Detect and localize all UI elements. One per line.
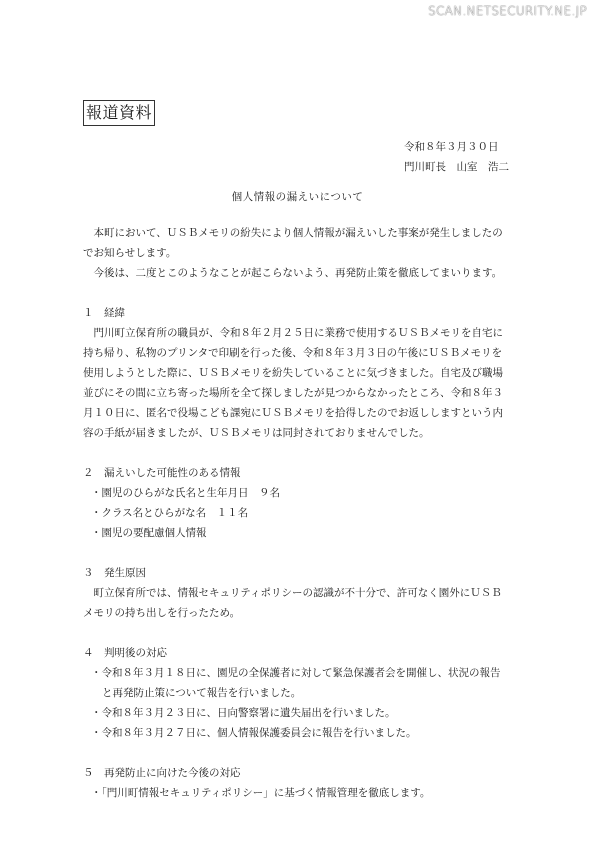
list-item: ・令和８年３月２７日に、個人情報保護委員会に報告を行いました。 <box>83 723 523 743</box>
section-heading: ２ 漏えいした可能性のある情報 <box>83 463 523 483</box>
section-line: 月１０日に、匿名で役場こども課宛にＵＳＢメモリを拾得したのでお返ししますという内 <box>83 403 523 423</box>
section-line: 容の手紙が届きましたが、ＵＳＢメモリは同封されておりませんでした。 <box>83 423 523 443</box>
document-author: 門川町長 山室 浩二 <box>404 157 509 177</box>
section-heading: ５ 再発防止に向けた今後の対応 <box>83 763 523 783</box>
document-meta: 令和８年３月３０日 門川町長 山室 浩二 <box>404 137 509 177</box>
document-body: 本町において、ＵＳＢメモリの紛失により個人情報が漏えいした事案が発生しましたの … <box>83 223 523 803</box>
section-line: 並びにその間に立ち寄った場所を全て探しましたが見つからなかったところ、令和８年３ <box>83 383 523 403</box>
list-item: ・園児の要配慮個人情報 <box>83 523 523 543</box>
list-item: ・園児のひらがな氏名と生年月日 ９名 <box>83 483 523 503</box>
section-line: 門川町立保育所の職員が、令和８年２月２５日に業務で使用するＵＳＢメモリを自宅に <box>83 323 523 343</box>
section-heading: １ 経緯 <box>83 303 523 323</box>
intro-paragraph: 本町において、ＵＳＢメモリの紛失により個人情報が漏えいした事案が発生しましたの … <box>83 223 523 283</box>
section-heading: ３ 発生原因 <box>83 563 523 583</box>
section-leaked-info: ２ 漏えいした可能性のある情報 ・園児のひらがな氏名と生年月日 ９名 ・クラス名… <box>83 463 523 543</box>
document-title: 個人情報の漏えいについて <box>0 189 595 204</box>
document-date: 令和８年３月３０日 <box>404 137 509 157</box>
list-item: ・令和８年３月２３日に、日向警察署に遺失届出を行いました。 <box>83 703 523 723</box>
list-item: ・クラス名とひらがな名 １１名 <box>83 503 523 523</box>
section-prevention: ５ 再発防止に向けた今後の対応 ・「門川町情報セキュリティポリシー」に基づく情報… <box>83 763 523 803</box>
press-release-label: 報道資料 <box>83 100 155 126</box>
section-line: メモリの持ち出しを行ったため。 <box>83 603 523 623</box>
section-cause: ３ 発生原因 町立保育所では、情報セキュリティポリシーの認識が不十分で、許可なく… <box>83 563 523 623</box>
intro-line: 本町において、ＵＳＢメモリの紛失により個人情報が漏えいした事案が発生しましたの <box>83 223 523 243</box>
intro-line: でお知らせします。 <box>83 243 523 263</box>
section-heading: ４ 判明後の対応 <box>83 643 523 663</box>
section-background: １ 経緯 門川町立保育所の職員が、令和８年２月２５日に業務で使用するＵＳＢメモリ… <box>83 303 523 443</box>
watermark: SCAN.NETSECURITY.NE.JP <box>428 4 587 18</box>
list-item: ・令和８年３月１８日に、園児の全保護者に対して緊急保護者会を開催し、状況の報告 <box>83 663 523 683</box>
list-item: ・「門川町情報セキュリティポリシー」に基づく情報管理を徹底します。 <box>83 783 523 803</box>
section-line: 使用しようとした際に、ＵＳＢメモリを紛失していることに気づきました。自宅及び職場 <box>83 363 523 383</box>
list-item-continuation: と再発防止策について報告を行いました。 <box>83 683 523 703</box>
section-response: ４ 判明後の対応 ・令和８年３月１８日に、園児の全保護者に対して緊急保護者会を開… <box>83 643 523 743</box>
section-line: 持ち帰り、私物のプリンタで印刷を行った後、令和８年３月３日の午後にＵＳＢメモリを <box>83 343 523 363</box>
intro-line: 今後は、二度とこのようなことが起こらないよう、再発防止策を徹底してまいります。 <box>83 263 523 283</box>
section-line: 町立保育所では、情報セキュリティポリシーの認識が不十分で、許可なく園外にＵＳＢ <box>83 583 523 603</box>
